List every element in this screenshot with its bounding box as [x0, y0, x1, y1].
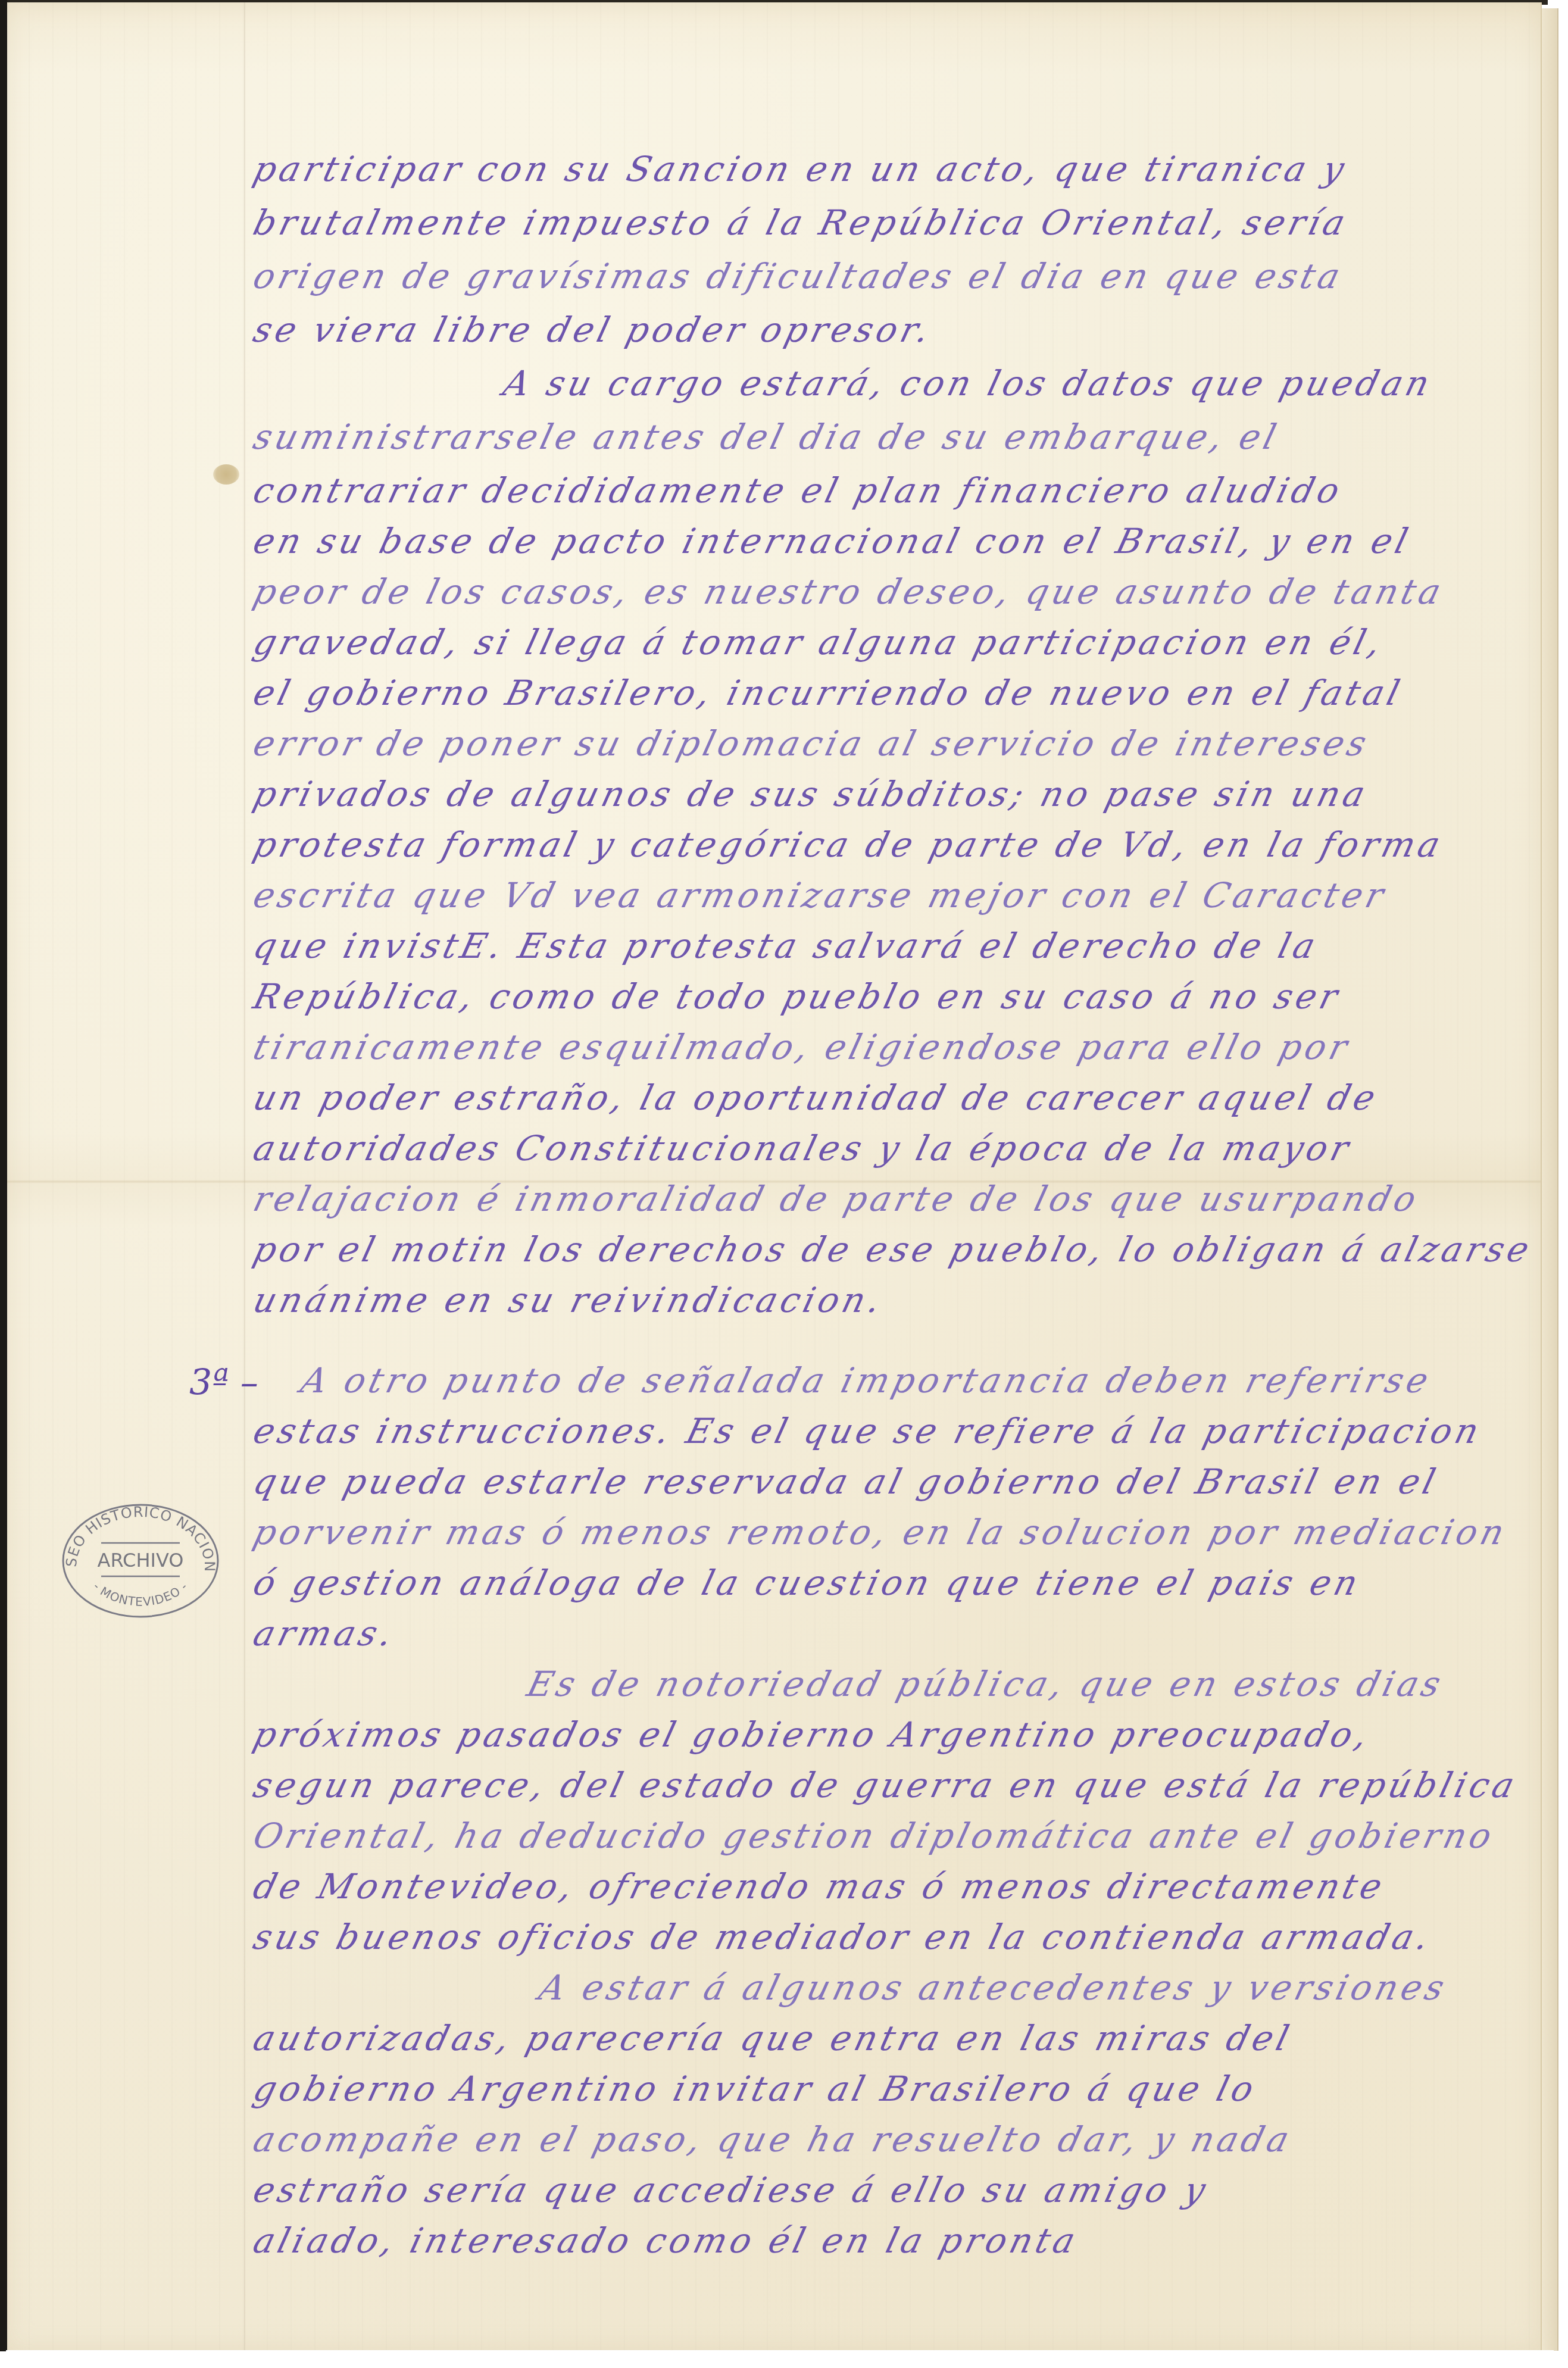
manuscript-line: aliado, interesado como él en la pronta — [250, 2223, 1082, 2258]
museum-stamp-icon: MUSEO HISTORICO NACIONAL ARCHIVO - MONTE… — [60, 1500, 221, 1619]
manuscript-line: contrariar decididamente el plan financi… — [250, 473, 1347, 508]
manuscript-line: brutalmente impuesto á la República Orie… — [250, 205, 1352, 240]
manuscript-line: acompañe en el paso, que ha resuelto dar… — [250, 2122, 1296, 2157]
manuscript-line: escrita que Vd vea armonizarse mejor con… — [250, 878, 1391, 913]
manuscript-line: A estar á algunos antecedentes y version… — [536, 1970, 1451, 2005]
manuscript-line: República, como de todo pueblo en su cas… — [250, 979, 1345, 1014]
manuscript-line: gobierno Argentino invitar al Brasilero … — [250, 2072, 1261, 2106]
manuscript-line: que invistE. Esta protesta salvará el de… — [250, 929, 1322, 963]
manuscript-line: ó gestion análoga de la cuestion que tie… — [250, 1566, 1365, 1600]
manuscript-line: relajacion é inmoralidad de parte de los… — [250, 1182, 1423, 1216]
manuscript-line: en su base de pacto internacional con el… — [250, 524, 1415, 558]
manuscript-line: de Montevideo, ofreciendo mas ó menos di… — [250, 1869, 1389, 1904]
manuscript-line: segun parece, del estado de guerra en qu… — [250, 1768, 1521, 1802]
manuscript-line: gravedad, si llega á tomar alguna partic… — [250, 625, 1388, 660]
manuscript-line: Es de notoriedad pública, que en estos d… — [524, 1667, 1448, 1701]
manuscript-line: un poder estraño, la oportunidad de care… — [250, 1080, 1382, 1115]
section-number-marker: 3ª – — [189, 1362, 258, 1404]
manuscript-line: participar con su Sancion en un acto, qu… — [250, 152, 1351, 186]
manuscript-line: privados de algunos de sus súbditos; no … — [250, 777, 1372, 811]
svg-text:- MONTEVIDEO -: - MONTEVIDEO - — [90, 1579, 191, 1609]
manuscript-line: estraño sería que accediese á ello su am… — [250, 2173, 1213, 2207]
manuscript-line: protesta formal y categórica de parte de… — [250, 827, 1447, 862]
manuscript-line: autorizadas, parecería que entra en las … — [250, 2021, 1296, 2055]
manuscript-line: Oriental, ha deducido gestion diplomátic… — [250, 1819, 1498, 1853]
manuscript-line: el gobierno Brasilero, incurriendo de nu… — [250, 676, 1407, 710]
manuscript-line: sus buenos oficios de mediador en la con… — [250, 1920, 1436, 1954]
archive-stamp: MUSEO HISTORICO NACIONAL ARCHIVO - MONTE… — [60, 1500, 221, 1619]
manuscript-line: próximos pasados el gobierno Argentino p… — [250, 1717, 1375, 1752]
manuscript-line: que pueda estarle reservada al gobierno … — [250, 1464, 1442, 1499]
manuscript-line: autoridades Constitucionales y la época … — [250, 1131, 1355, 1166]
manuscript-line: armas. — [250, 1616, 399, 1651]
handwritten-text-body: participar con su Sancion en un acto, qu… — [0, 0, 1568, 2368]
manuscript-line: suministrarsele antes del dia de su emba… — [250, 420, 1283, 454]
manuscript-line: estas instrucciones. Es el que se refier… — [250, 1414, 1486, 1448]
manuscript-line: A su cargo estará, con los datos que pue… — [500, 366, 1436, 401]
manuscript-line: porvenir mas ó menos remoto, en la soluc… — [250, 1515, 1511, 1549]
manuscript-line: se viera libre del poder opresor. — [250, 313, 936, 347]
manuscript-line: peor de los casos, es nuestro deseo, que… — [250, 574, 1448, 609]
manuscript-line: A otro punto de señalada importancia deb… — [298, 1363, 1435, 1398]
stamp-bottom-text: - MONTEVIDEO - — [90, 1579, 191, 1609]
manuscript-line: por el motin los derechos de ese pueblo,… — [250, 1232, 1536, 1267]
manuscript-line: tiranicamente esquilmado, eligiendose pa… — [250, 1030, 1354, 1064]
manuscript-line: error de poner su diplomacia al servicio… — [250, 726, 1373, 761]
manuscript-line: unánime en su reivindicacion. — [250, 1283, 888, 1317]
stamp-center-text: ARCHIVO — [98, 1549, 184, 1572]
manuscript-line: origen de gravísimas dificultades el dia… — [250, 259, 1347, 293]
